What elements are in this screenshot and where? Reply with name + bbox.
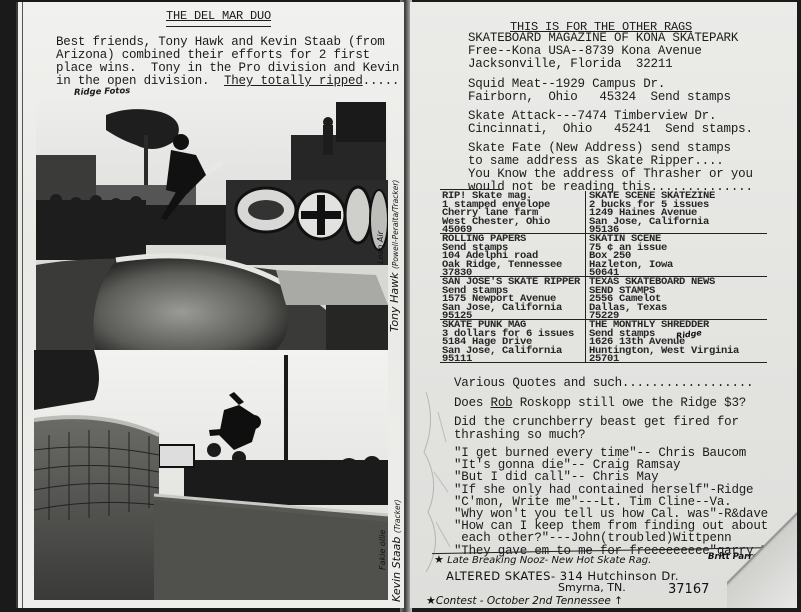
rag-rip: RIP! Skate mag. 1 stamped envelope Cherr… [440, 191, 586, 233]
rag-skate-attack: Skate Attack---7474 Timberview Dr. Cinci… [468, 110, 753, 136]
star-icon: ★ [434, 553, 444, 566]
table-row: ROLLING PAPERS Send stamps 104 Adelphi r… [440, 234, 767, 277]
altered-skates-zip: 37167 [668, 582, 709, 597]
photo-pool-scene [34, 350, 388, 600]
rag-skatin-scene: SKATIN SCENE 75 ¢ an issue Box 250 Hazle… [586, 234, 769, 276]
quote-line: "But I did call"-- Chris May [454, 471, 775, 483]
rag-rolling-papers: ROLLING PAPERS Send stamps 104 Adelphi r… [440, 234, 586, 276]
star-icon: ★ [426, 594, 436, 607]
rag-skate-fate: Skate Fate (New Address) send stamps to … [468, 142, 731, 168]
zine-spread: THE DEL MAR DUO Best friends, Tony Hawk … [0, 0, 801, 612]
photo-bowl-scene [36, 100, 388, 350]
rag-skate-scene: SKATE SCENE SKATEZINE 2 bucks for 5 issu… [586, 191, 769, 233]
article-title: THE DEL MAR DUO [166, 10, 271, 23]
article-intro: Best friends, Tony Hawk and Kevin Staab … [56, 36, 399, 88]
caption-trick-lean-air: Lean Air [376, 231, 385, 264]
rags-address-table: RIP! Skate mag. 1 stamped envelope Cherr… [440, 191, 767, 363]
caption-kevin-staab: Kevin Staab (Tracker) [390, 499, 403, 602]
quotes-heading: Various Quotes and such.................… [454, 377, 753, 390]
rag-monthly-shredder: THE MONTHLY SHREDDER Send stamps 1626 13… [586, 320, 769, 362]
photo-kevin-staab [34, 350, 388, 600]
quotes-list: "I get burned every time"-- Chris Baucom… [454, 447, 775, 557]
question-crunchberry: Did the crunchberry beast get fired for … [454, 416, 739, 442]
photo-tony-hawk [36, 100, 388, 350]
late-breaking-news: ★ Late Breaking Nooz- New Hot Skate Rag. [434, 553, 651, 566]
table-row: SKATE PUNK MAG 3 dollars for 6 issues 51… [440, 320, 767, 363]
altered-skates-city: Smyrna, TN. [558, 581, 626, 594]
photo-credit: Ridge Fotos [74, 86, 131, 98]
quote-line: "If she only had contained herself"-Ridg… [454, 484, 775, 496]
quote-line: each other?"---John(troubled)Wittpenn [454, 532, 775, 544]
contest-note: ★Contest - October 2nd Tennessee ↑ [426, 594, 623, 607]
question-rob-roskopp: Does Rob Roskopp still owe the Ridge $3? [454, 397, 746, 410]
left-page: THE DEL MAR DUO Best friends, Tony Hawk … [16, 2, 404, 608]
rag-squid-meat: Squid Meat--1929 Campus Dr. Fairborn, Oh… [468, 78, 731, 104]
caption-tony-hawk: Tony Hawk (Powell-Peralta/Tracker) [388, 180, 401, 332]
table-row: RIP! Skate mag. 1 stamped envelope Cherr… [440, 191, 767, 234]
table-row: SAN JOSE'S SKATE RIPPER Send stamps 1575… [440, 277, 767, 320]
rag-texas-skateboard-news: TEXAS SKATEBOARD NEWS SEND STAMPS 2556 C… [586, 277, 769, 319]
intro-emphasis: They totally ripped [224, 74, 363, 88]
caption-trick-fakie-ollie: Fakie ollie [378, 530, 387, 570]
rag-skate-ripper: SAN JOSE'S SKATE RIPPER Send stamps 1575… [440, 277, 586, 319]
rag-skate-punk: SKATE PUNK MAG 3 dollars for 6 issues 51… [440, 320, 586, 362]
news-credit: Britt Parrot [708, 552, 762, 562]
right-page: THIS IS FOR THE OTHER RAGS SKATEBOARD MA… [410, 2, 797, 608]
rag-kona: SKATEBOARD MAGAZINE OF KONA SKATEPARK Fr… [468, 32, 738, 71]
